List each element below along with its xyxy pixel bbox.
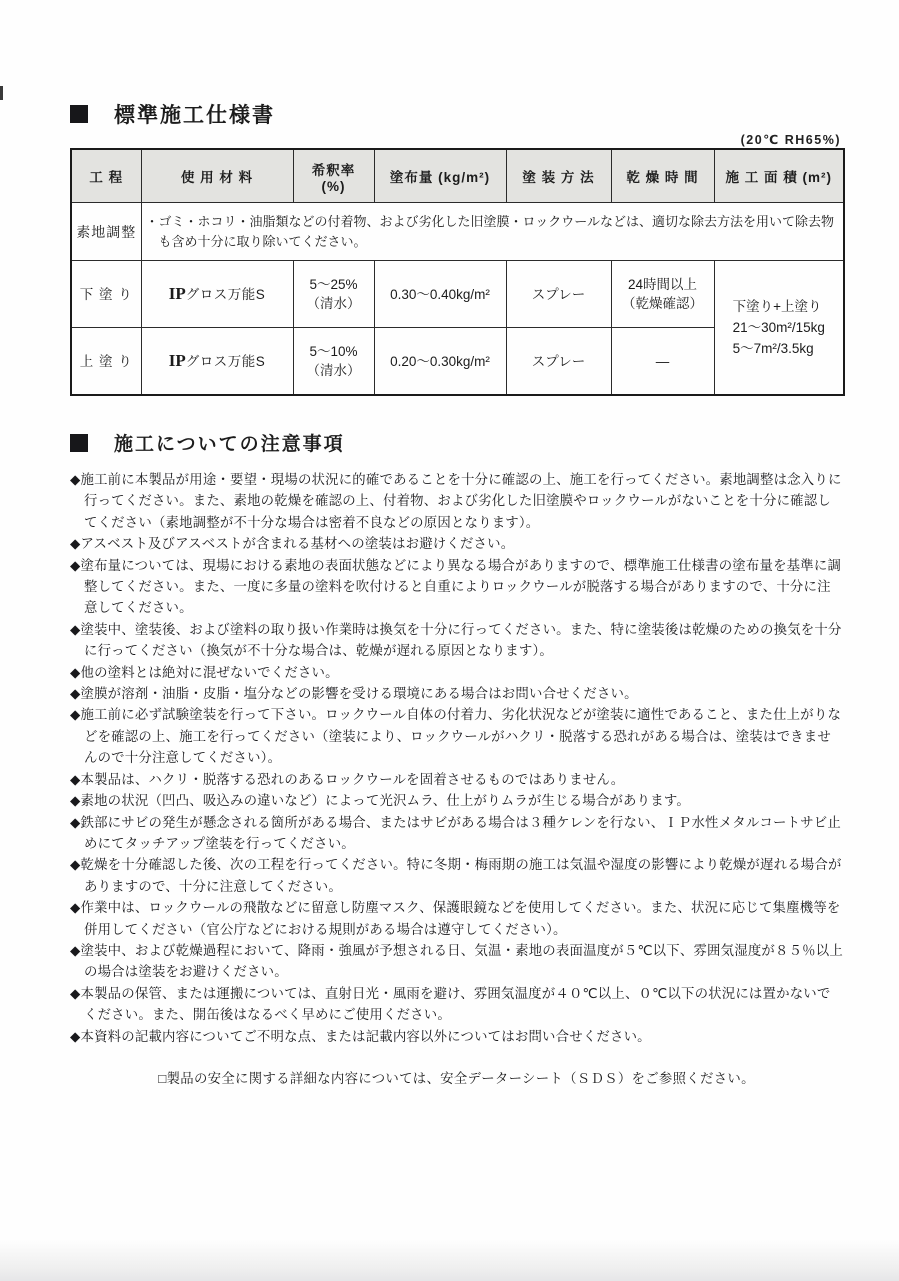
drying-note: （乾燥確認） <box>616 294 710 313</box>
diamond-bullet-icon: ◆ <box>70 793 81 808</box>
col-header-area: 施 工 面 積 (m²) <box>714 149 844 203</box>
note-text: 塗膜が溶剤・油脂・皮脂・塩分などの影響を受ける環境にある場合はお問い合せください… <box>81 686 638 701</box>
sds-reference-note: □製品の安全に関する詳細な内容については、安全データーシート（ＳＤＳ）をご参照く… <box>70 1068 843 1087</box>
table-row-surface-prep: 素地調整 ・ゴミ・ホコリ・油脂類などの付着物、および劣化した旧塗膜・ロックウール… <box>71 203 844 261</box>
note-item: ◆塗装中、および乾燥過程において、降雨・強風が予想される日、気温・素地の表面温度… <box>70 940 843 983</box>
dilution-cell: 5～25%（清水） <box>293 261 374 328</box>
drying-cell: 24時間以上（乾燥確認） <box>611 261 714 328</box>
process-cell: 上 塗 り <box>71 328 141 396</box>
coverage-cell: 0.20～0.30kg/m² <box>374 328 506 396</box>
area-text-block: 下塗り+上塗り 21～30m²/15kg 5～7m²/3.5kg <box>733 296 825 359</box>
note-text: 他の塗料とは絶対に混ぜないでください。 <box>81 665 339 680</box>
notes-title: 施工についての注意事項 <box>114 429 345 456</box>
note-item: ◆塗布量については、現場における素地の表面状態などにより異なる場合がありますので… <box>70 555 843 619</box>
prep-note-text: ・ゴミ・ホコリ・油脂類などの付着物、および劣化した旧塗膜・ロックウールなどは、適… <box>146 212 840 252</box>
diamond-bullet-icon: ◆ <box>70 772 81 787</box>
diamond-bullet-icon: ◆ <box>70 1029 81 1044</box>
note-text: 施工前に本製品が用途・要望・現場の状況に的確であることを十分に確認の上、施工を行… <box>81 472 842 530</box>
diamond-bullet-icon: ◆ <box>70 472 81 487</box>
col-header-coverage: 塗布量 (kg/m²) <box>374 149 506 203</box>
note-item: ◆施工前に必ず試験塗装を行って下さい。ロックウール自体の付着力、劣化状況などが塗… <box>70 704 843 768</box>
note-item: ◆アスベスト及びアスベストが含まれる基材への塗装はお避けください。 <box>70 533 843 554</box>
note-item: ◆素地の状況（凹凸、吸込みの違いなど）によって光沢ムラ、仕上がりムラが生じる場合… <box>70 790 843 811</box>
col-header-material: 使 用 材 料 <box>141 149 293 203</box>
notes-list: ◆施工前に本製品が用途・要望・現場の状況に的確であることを十分に確認の上、施工を… <box>70 469 843 1047</box>
diamond-bullet-icon: ◆ <box>70 686 81 701</box>
diamond-bullet-icon: ◆ <box>70 815 81 830</box>
black-square-bullet-icon <box>70 434 88 452</box>
col-header-dilution: 希釈率 (%) <box>293 149 374 203</box>
scan-bottom-shadow <box>0 1239 899 1281</box>
spec-table: 工 程 使 用 材 料 希釈率 (%) 塗布量 (kg/m²) 塗 装 方 法 … <box>70 148 845 396</box>
col-header-method: 塗 装 方 法 <box>506 149 611 203</box>
drying-cell: ― <box>611 328 714 396</box>
spec-section-heading: 標準施工仕様書 <box>70 99 843 129</box>
material-name: グロス万能S <box>186 287 266 302</box>
dilution-note: （清水） <box>298 294 370 313</box>
table-header-row: 工 程 使 用 材 料 希釈率 (%) 塗布量 (kg/m²) 塗 装 方 法 … <box>71 149 844 203</box>
note-text: 鉄部にサビの発生が懸念される箇所がある場合、またはサビがある場合は３種ケレンを行… <box>81 815 841 851</box>
note-text: 塗布量については、現場における素地の表面状態などにより異なる場合がありますので、… <box>81 558 842 616</box>
note-text: 本製品は、ハクリ・脱落する恐れのあるロックウールを固着させるものではありません。 <box>81 772 625 787</box>
note-text: 素地の状況（凹凸、吸込みの違いなど）によって光沢ムラ、仕上がりムラが生じる場合が… <box>81 793 690 808</box>
table-row-undercoat: 下 塗 り IPグロス万能S 5～25%（清水） 0.30～0.40kg/m² … <box>71 261 844 328</box>
note-item: ◆鉄部にサビの発生が懸念される箇所がある場合、またはサビがある場合は３種ケレンを… <box>70 812 843 855</box>
note-text: 本資料の記載内容についてご不明な点、または記載内容以外についてはお問い合せくださ… <box>81 1029 651 1044</box>
note-item: ◆塗膜が溶剤・油脂・皮脂・塩分などの影響を受ける環境にある場合はお問い合せくださ… <box>70 683 843 704</box>
diamond-bullet-icon: ◆ <box>70 622 81 637</box>
note-text: アスベスト及びアスベストが含まれる基材への塗装はお避けください。 <box>81 536 515 551</box>
dilution-value: 5～10% <box>298 342 370 361</box>
ip-brand-logo: IP <box>169 351 186 370</box>
dilution-note: （清水） <box>298 361 370 380</box>
note-item: ◆乾燥を十分確認した後、次の工程を行ってください。特に冬期・梅雨期の施工は気温や… <box>70 854 843 897</box>
black-square-bullet-icon <box>70 105 88 123</box>
note-item: ◆他の塗料とは絶対に混ぜないでください。 <box>70 662 843 683</box>
condition-note: (20℃ RH65%) <box>70 132 841 147</box>
dilution-value: 5～25% <box>298 275 370 294</box>
document-content: 標準施工仕様書 (20℃ RH65%) 工 程 使 用 材 料 希釈率 (%) … <box>70 0 843 1087</box>
note-item: ◆施工前に本製品が用途・要望・現場の状況に的確であることを十分に確認の上、施工を… <box>70 469 843 533</box>
process-cell: 下 塗 り <box>71 261 141 328</box>
note-text: 乾燥を十分確認した後、次の工程を行ってください。特に冬期・梅雨期の施工は気温や湿… <box>81 857 842 893</box>
scan-edge-artifact <box>0 86 3 100</box>
notes-section-heading: 施工についての注意事項 <box>70 429 843 456</box>
diamond-bullet-icon: ◆ <box>70 986 81 1001</box>
diamond-bullet-icon: ◆ <box>70 536 81 551</box>
note-item: ◆本資料の記載内容についてご不明な点、または記載内容以外についてはお問い合せくだ… <box>70 1026 843 1047</box>
note-text: 塗装中、および乾燥過程において、降雨・強風が予想される日、気温・素地の表面温度が… <box>81 943 843 979</box>
diamond-bullet-icon: ◆ <box>70 707 81 722</box>
area-merged-cell: 下塗り+上塗り 21～30m²/15kg 5～7m²/3.5kg <box>714 261 844 396</box>
area-line-2: 21～30m²/15kg <box>733 317 825 338</box>
note-item: ◆本製品の保管、または運搬については、直射日光・風雨を避け、雰囲気温度が４０℃以… <box>70 983 843 1026</box>
diamond-bullet-icon: ◆ <box>70 857 81 872</box>
page-title: 標準施工仕様書 <box>114 99 275 129</box>
ip-brand-logo: IP <box>169 284 186 303</box>
diamond-bullet-icon: ◆ <box>70 900 81 915</box>
note-text: 施工前に必ず試験塗装を行って下さい。ロックウール自体の付着力、劣化状況などが塗装… <box>81 707 842 765</box>
material-cell: IPグロス万能S <box>141 261 293 328</box>
col-header-drying: 乾 燥 時 間 <box>611 149 714 203</box>
material-name: グロス万能S <box>186 354 266 369</box>
note-text: 本製品の保管、または運搬については、直射日光・風雨を避け、雰囲気温度が４０℃以上… <box>81 986 831 1022</box>
dilution-cell: 5～10%（清水） <box>293 328 374 396</box>
process-cell: 素地調整 <box>71 203 141 261</box>
area-line-3: 5～7m²/3.5kg <box>733 338 825 359</box>
note-item: ◆本製品は、ハクリ・脱落する恐れのあるロックウールを固着させるものではありません… <box>70 769 843 790</box>
diamond-bullet-icon: ◆ <box>70 665 81 680</box>
note-text: 作業中は、ロックウールの飛散などに留意し防塵マスク、保護眼鏡などを使用してくださ… <box>81 900 841 936</box>
note-item: ◆作業中は、ロックウールの飛散などに留意し防塵マスク、保護眼鏡などを使用してくだ… <box>70 897 843 940</box>
area-line-1: 下塗り+上塗り <box>733 296 825 317</box>
drying-value: 24時間以上 <box>616 275 710 294</box>
method-cell: スプレー <box>506 328 611 396</box>
col-header-process: 工 程 <box>71 149 141 203</box>
document-page: 標準施工仕様書 (20℃ RH65%) 工 程 使 用 材 料 希釈率 (%) … <box>0 0 899 1281</box>
prep-note-cell: ・ゴミ・ホコリ・油脂類などの付着物、および劣化した旧塗膜・ロックウールなどは、適… <box>141 203 844 261</box>
material-cell: IPグロス万能S <box>141 328 293 396</box>
diamond-bullet-icon: ◆ <box>70 558 81 573</box>
note-text: 塗装中、塗装後、および塗料の取り扱い作業時は換気を十分に行ってください。また、特… <box>81 622 842 658</box>
coverage-cell: 0.30～0.40kg/m² <box>374 261 506 328</box>
diamond-bullet-icon: ◆ <box>70 943 81 958</box>
note-item: ◆塗装中、塗装後、および塗料の取り扱い作業時は換気を十分に行ってください。また、… <box>70 619 843 662</box>
method-cell: スプレー <box>506 261 611 328</box>
